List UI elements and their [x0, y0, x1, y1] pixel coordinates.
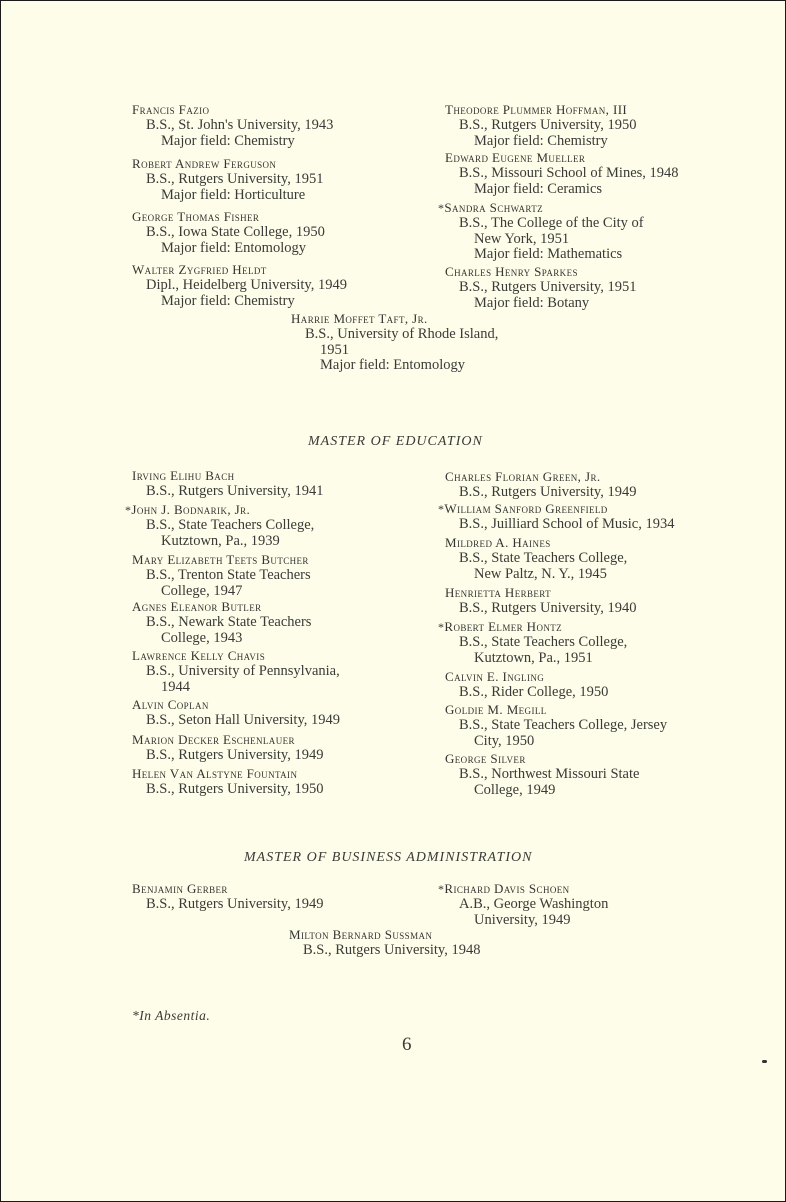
graduate-name: *Richard Davis Schoen [438, 881, 608, 897]
degree-line: B.S., State Teachers College, [438, 635, 627, 651]
graduate-name: Edward Eugene Mueller [445, 150, 679, 166]
graduate-entry-fisher: George Thomas Fisher B.S., Iowa State Co… [132, 209, 325, 256]
graduate-entry-eschenlauer: Marion Decker Eschenlauer B.S., Rutgers … [132, 732, 324, 764]
graduate-entry-hontz: *Robert Elmer Hontz B.S., State Teachers… [438, 619, 627, 666]
degree-line: B.S., State Teachers College, [125, 518, 314, 534]
graduate-entry-heldt: Walter Zygfried Heldt Dipl., Heidelberg … [132, 262, 347, 309]
graduate-entry-megill: Goldie M. Megill B.S., State Teachers Co… [445, 702, 667, 749]
graduate-name: Goldie M. Megill [445, 702, 667, 718]
graduate-name: *John J. Bodnarik, Jr. [125, 502, 314, 518]
degree-line: B.S., Trenton State Teachers [132, 568, 311, 584]
graduate-name: Calvin E. Ingling [445, 669, 608, 685]
document-page: Francis Fazio B.S., St. John's Universit… [0, 0, 786, 1202]
degree-line: B.S., Rider College, 1950 [445, 685, 608, 701]
section-title-education: MASTER OF EDUCATION [308, 434, 483, 450]
degree-line: B.S., Rutgers University, 1949 [445, 485, 637, 501]
graduate-entry-taft: Harrie Moffet Taft, Jr. B.S., University… [291, 311, 498, 374]
graduate-entry-silver: George Silver B.S., Northwest Missouri S… [445, 751, 639, 798]
graduate-name: Henrietta Herbert [445, 585, 637, 601]
graduate-entry-bach: Irving Elihu Bach B.S., Rutgers Universi… [132, 468, 324, 500]
graduate-entry-green: Charles Florian Green, Jr. B.S., Rutgers… [445, 469, 637, 501]
degree-line: B.S., University of Rhode Island, [291, 327, 498, 343]
graduate-entry-bodnarik: *John J. Bodnarik, Jr. B.S., State Teach… [125, 502, 314, 549]
graduate-name: Agnes Eleanor Butler [132, 599, 311, 615]
degree-line: B.S., Northwest Missouri State [445, 767, 639, 783]
graduate-name: Milton Bernard Sussman [289, 927, 481, 943]
graduate-entry-sparkes: Charles Henry Sparkes B.S., Rutgers Univ… [445, 264, 637, 311]
degree-line-continued: College, 1943 [132, 631, 311, 647]
footnote-in-absentia: *In Absentia. [132, 1008, 210, 1024]
degree-line: Dipl., Heidelberg University, 1949 [132, 278, 347, 294]
graduate-name: *Sandra Schwartz [438, 200, 644, 216]
degree-line-continued: College, 1947 [132, 584, 311, 600]
degree-line: B.S., Seton Hall University, 1949 [132, 713, 340, 729]
graduate-entry-ingling: Calvin E. Ingling B.S., Rider College, 1… [445, 669, 608, 701]
major-field: Major field: Ceramics [445, 182, 679, 198]
degree-line-continued: New Paltz, N. Y., 1945 [445, 567, 627, 583]
degree-line: B.S., University of Pennsylvania, [132, 664, 340, 680]
graduate-name: Alvin Coplan [132, 697, 340, 713]
major-field: Major field: Botany [445, 296, 637, 312]
major-field: Major field: Chemistry [132, 134, 333, 150]
graduate-entry-ferguson: Robert Andrew Ferguson B.S., Rutgers Uni… [132, 156, 324, 203]
degree-line: B.S., Rutgers University, 1941 [132, 484, 324, 500]
graduate-entry-mueller: Edward Eugene Mueller B.S., Missouri Sch… [445, 150, 679, 197]
graduate-entry-sussman: Milton Bernard Sussman B.S., Rutgers Uni… [289, 927, 481, 959]
graduate-entry-fountain: Helen Van Alstyne Fountain B.S., Rutgers… [132, 766, 324, 798]
degree-line: B.S., Iowa State College, 1950 [132, 225, 325, 241]
graduate-name: *William Sanford Greenfield [438, 501, 675, 517]
degree-line-continued: New York, 1951 [438, 232, 644, 248]
graduate-name: Mildred A. Haines [445, 535, 627, 551]
degree-line: B.S., Rutgers University, 1950 [445, 118, 637, 134]
degree-line-continued: 1944 [132, 680, 340, 696]
graduate-name: Walter Zygfried Heldt [132, 262, 347, 278]
graduate-name: Francis Fazio [132, 102, 333, 118]
graduate-name: Robert Andrew Ferguson [132, 156, 324, 172]
graduate-entry-schwartz: *Sandra Schwartz B.S., The College of th… [438, 200, 644, 263]
graduate-entry-butcher: Mary Elizabeth Teets Butcher B.S., Trent… [132, 552, 311, 599]
degree-line: B.S., Rutgers University, 1949 [132, 748, 324, 764]
graduate-name: Charles Florian Green, Jr. [445, 469, 637, 485]
degree-line-continued: University, 1949 [438, 913, 608, 929]
degree-line: B.S., St. John's University, 1943 [132, 118, 333, 134]
major-field: Major field: Chemistry [132, 294, 347, 310]
graduate-entry-gerber: Benjamin Gerber B.S., Rutgers University… [132, 881, 324, 913]
degree-line: B.S., State Teachers College, [445, 551, 627, 567]
degree-line: B.S., Newark State Teachers [132, 615, 311, 631]
degree-line: B.S., State Teachers College, Jersey [445, 718, 667, 734]
major-field: Major field: Chemistry [445, 134, 637, 150]
graduate-entry-fazio: Francis Fazio B.S., St. John's Universit… [132, 102, 333, 149]
degree-line: B.S., The College of the City of [438, 216, 644, 232]
degree-line: B.S., Rutgers University, 1951 [445, 280, 637, 296]
graduate-entry-chavis: Lawrence Kelly Chavis B.S., University o… [132, 648, 340, 695]
graduate-name: George Thomas Fisher [132, 209, 325, 225]
graduate-name: Helen Van Alstyne Fountain [132, 766, 324, 782]
ink-speck [762, 1060, 767, 1063]
graduate-name: Marion Decker Eschenlauer [132, 732, 324, 748]
degree-line-continued: College, 1949 [445, 783, 639, 799]
major-field: Major field: Entomology [291, 358, 498, 374]
graduate-name: Lawrence Kelly Chavis [132, 648, 340, 664]
degree-line: A.B., George Washington [438, 897, 608, 913]
major-field: Major field: Mathematics [438, 247, 644, 263]
graduate-name: *Robert Elmer Hontz [438, 619, 627, 635]
graduate-name: Benjamin Gerber [132, 881, 324, 897]
degree-line: B.S., Rutgers University, 1948 [289, 943, 481, 959]
major-field: Major field: Horticulture [132, 188, 324, 204]
degree-line-continued: Kutztown, Pa., 1939 [125, 534, 314, 550]
graduate-name: Charles Henry Sparkes [445, 264, 637, 280]
graduate-entry-schoen: *Richard Davis Schoen A.B., George Washi… [438, 881, 608, 928]
graduate-name: Theodore Plummer Hoffman, III [445, 102, 637, 118]
graduate-entry-butler: Agnes Eleanor Butler B.S., Newark State … [132, 599, 311, 646]
degree-line: B.S., Rutgers University, 1949 [132, 897, 324, 913]
degree-line-continued: City, 1950 [445, 734, 667, 750]
degree-line: B.S., Rutgers University, 1940 [445, 601, 637, 617]
major-field: Major field: Entomology [132, 241, 325, 257]
graduate-entry-greenfield: *William Sanford Greenfield B.S., Juilli… [438, 501, 675, 533]
degree-line-continued: Kutztown, Pa., 1951 [438, 651, 627, 667]
degree-line-continued: 1951 [291, 343, 498, 359]
graduate-entry-herbert: Henrietta Herbert B.S., Rutgers Universi… [445, 585, 637, 617]
degree-line: B.S., Rutgers University, 1950 [132, 782, 324, 798]
graduate-name: Mary Elizabeth Teets Butcher [132, 552, 311, 568]
graduate-entry-hoffman: Theodore Plummer Hoffman, III B.S., Rutg… [445, 102, 637, 149]
degree-line: B.S., Missouri School of Mines, 1948 [445, 166, 679, 182]
graduate-name: Irving Elihu Bach [132, 468, 324, 484]
section-title-business: MASTER OF BUSINESS ADMINISTRATION [244, 850, 532, 866]
degree-line: B.S., Rutgers University, 1951 [132, 172, 324, 188]
page-number: 6 [402, 1034, 412, 1056]
degree-line: B.S., Juilliard School of Music, 1934 [438, 517, 675, 533]
graduate-entry-haines: Mildred A. Haines B.S., State Teachers C… [445, 535, 627, 582]
graduate-name: George Silver [445, 751, 639, 767]
graduate-entry-coplan: Alvin Coplan B.S., Seton Hall University… [132, 697, 340, 729]
graduate-name: Harrie Moffet Taft, Jr. [291, 311, 498, 327]
